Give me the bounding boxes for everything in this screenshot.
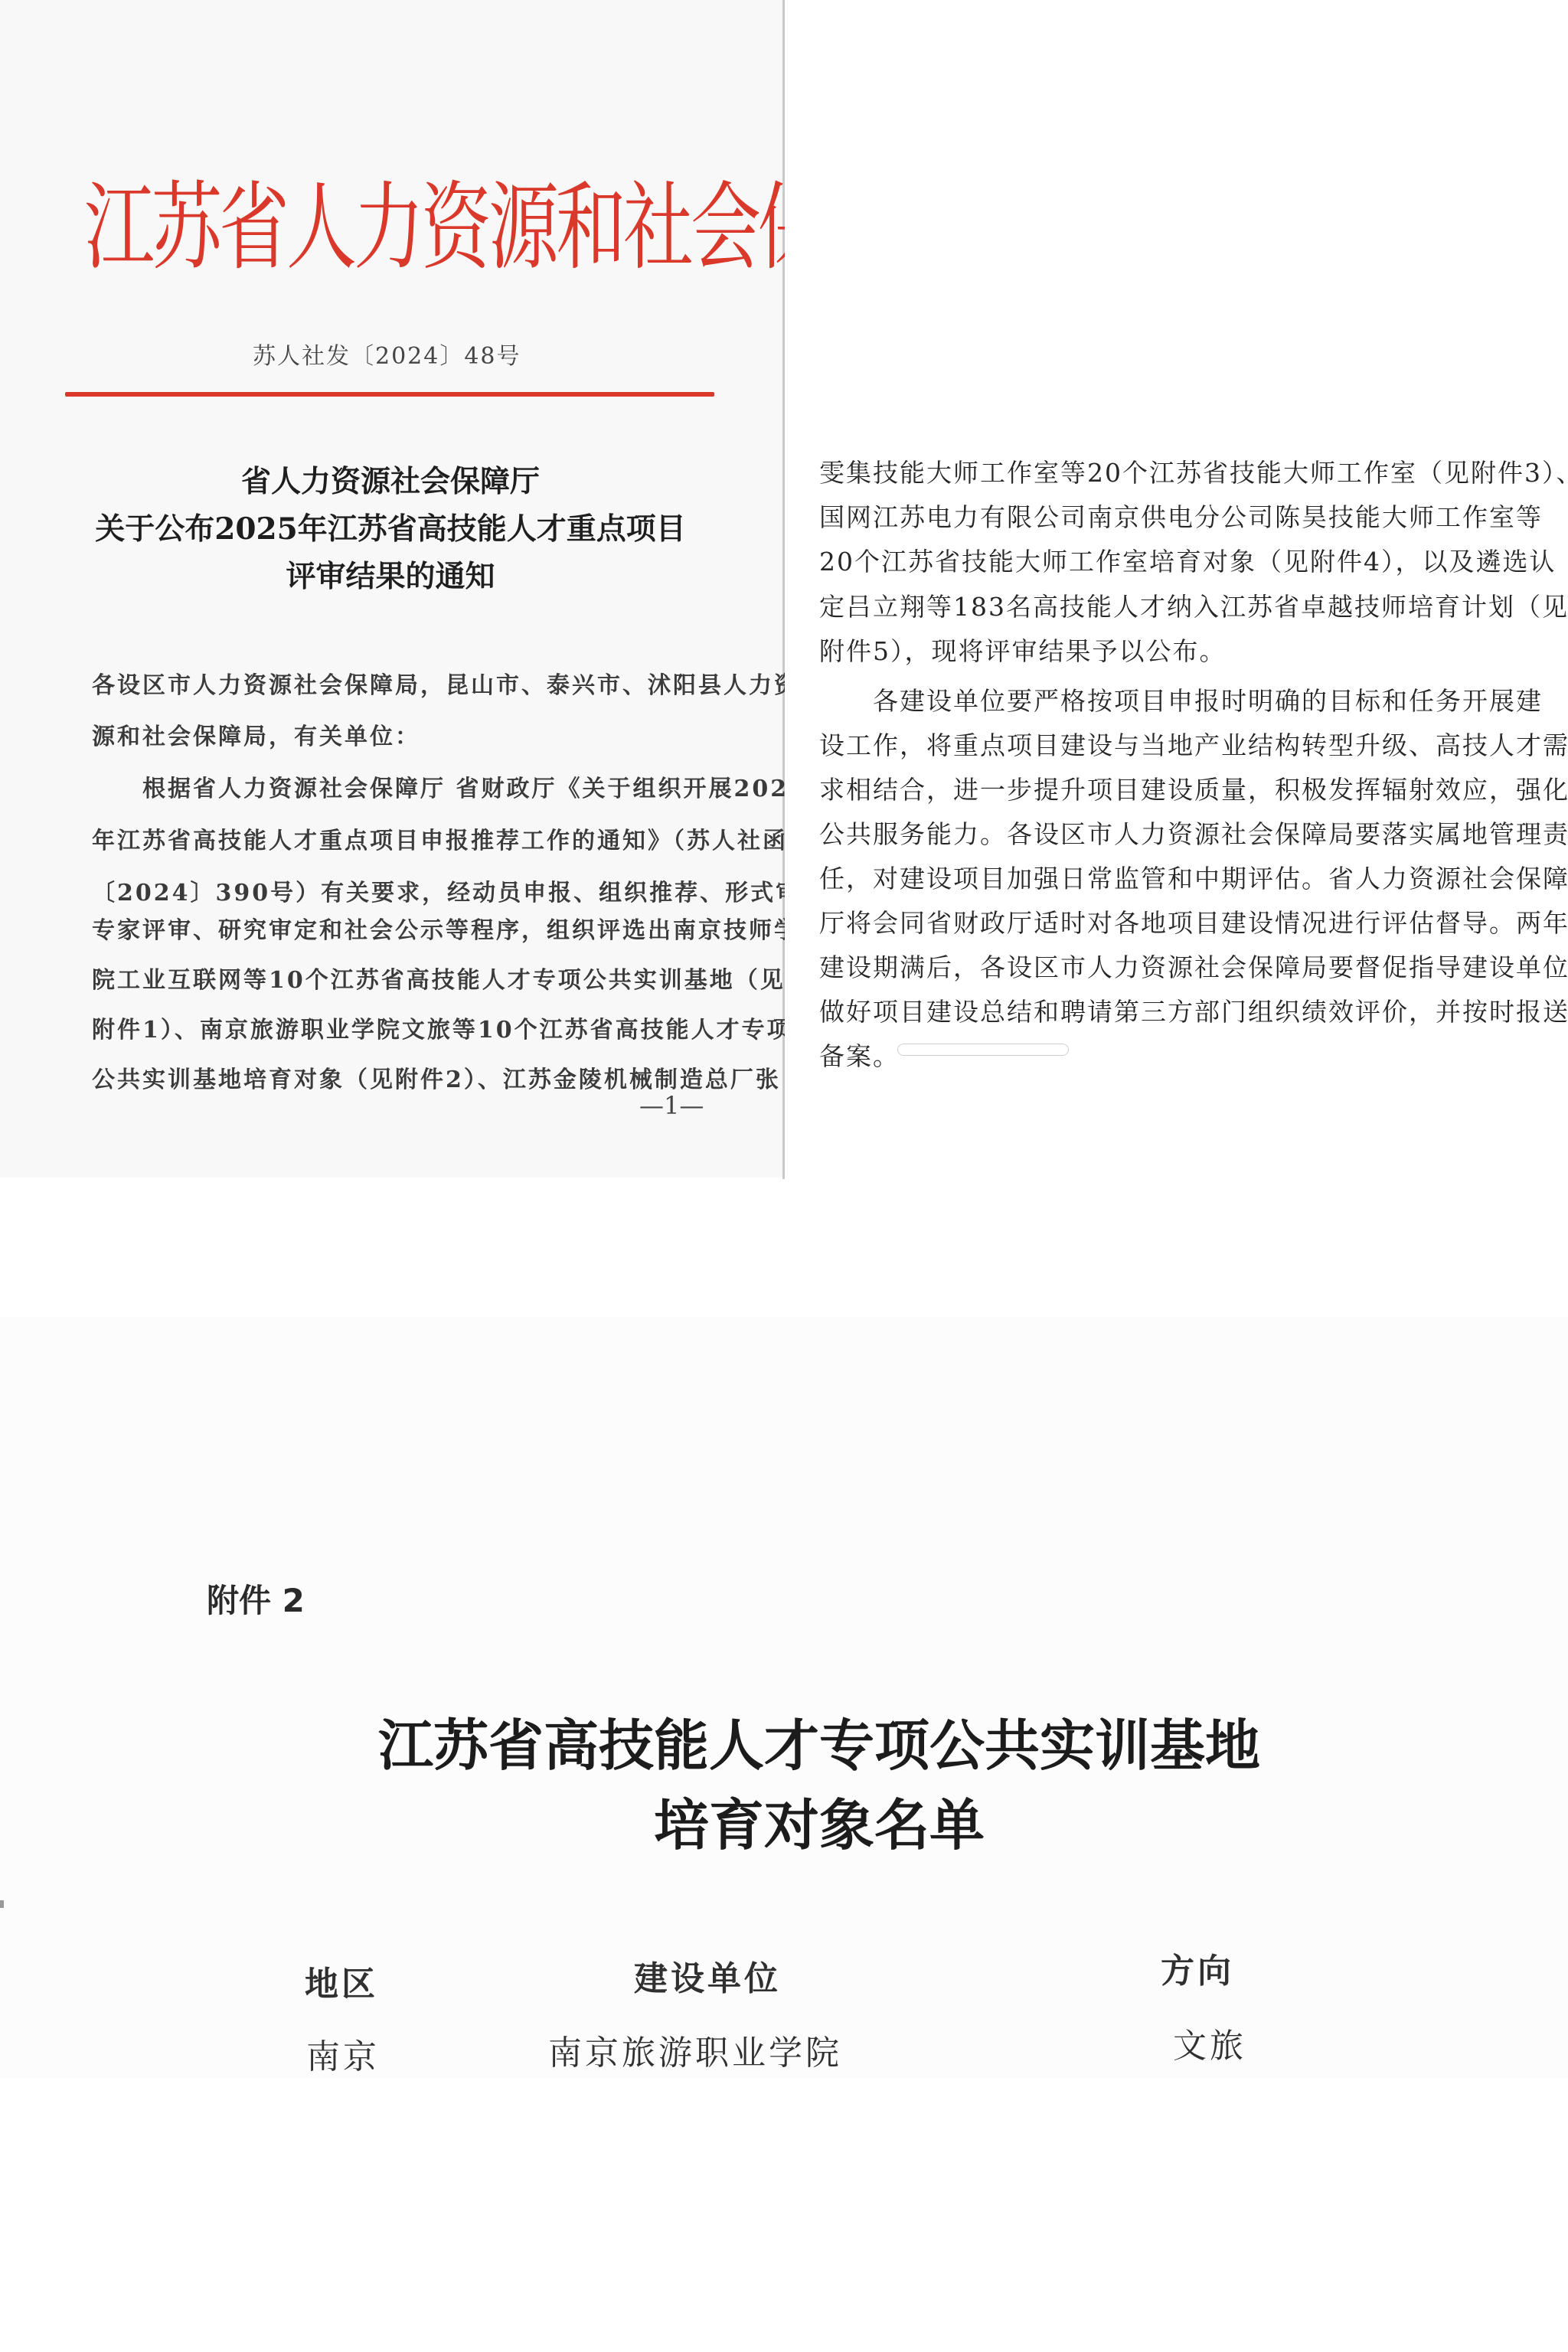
body-line: 公共服务能力。各设区市人力资源社会保障局要落实属地管理责 [819, 815, 1527, 851]
body-line: 厅将会同省财政厅适时对各地项目建设情况进行评估督导。两年 [819, 903, 1527, 939]
notice-title-line-1: 省人力资源社会保障厅 [77, 458, 704, 501]
body-line: 各设区市人力资源社会保障局，昆山市、泰兴市、沭阳县人力资 [92, 666, 689, 700]
body-line: 雯集技能大师工作室等20个江苏省技能大师工作室（见附件3）、 [819, 453, 1527, 489]
body-line: 设工作，将重点项目建设与当地产业结构转型升级、高技人才需 [819, 726, 1527, 762]
body-line: 任，对建设项目加强日常监管和中期评估。省人力资源社会保障 [819, 859, 1527, 895]
attachment-title-line-2: 培育对象名单 [214, 1781, 1424, 1860]
notice-title-line-2: 关于公布2025年江苏省高技能人才重点项目 [77, 505, 704, 548]
table-header-unit: 建设单位 [634, 1951, 781, 2000]
body-line: 专家评审、研究审定和社会公示等程序，组织评选出南京技师学 [92, 911, 689, 945]
table-cell-region: 南京 [306, 2029, 380, 2078]
body-line: 公共实训基地培育对象（见附件2）、江苏金陵机械制造总厂张 [92, 1060, 689, 1094]
body-line: 根据省人力资源社会保障厅 省财政厅《关于组织开展2025 [92, 769, 689, 803]
attachment-page [0, 1317, 1568, 2079]
table-cell-direction: 文旅 [1173, 2018, 1246, 2067]
scroll-indicator[interactable] [897, 1044, 1069, 1056]
notice-title-line-3: 评审结果的通知 [77, 553, 704, 596]
body-line: 定吕立翔等183名高技能人才纳入江苏省卓越技师培育计划（见 [819, 587, 1527, 623]
page-number: —1— [639, 1091, 704, 1120]
body-line: 国网江苏电力有限公司南京供电分公司陈昊技能大师工作室等 [819, 498, 1527, 534]
body-line: 源和社会保障局，有关单位： [92, 717, 689, 751]
body-line: 做好项目建设总结和聘请第三方部门组织绩效评价，并按时报送 [819, 992, 1527, 1028]
body-line: 附件5），现将评审结果予以公布。 [819, 632, 1527, 668]
table-header-region: 地区 [305, 1956, 378, 2005]
body-line: 附件1）、南京旅游职业学院文旅等10个江苏省高技能人才专项 [92, 1011, 689, 1044]
edge-mark [0, 1900, 4, 1908]
table-header-direction: 方向 [1161, 1943, 1234, 1992]
body-line: 各建设单位要严格按项目申报时明确的目标和任务开展建 [819, 681, 1527, 717]
document-red-header: 江苏省人力资源和社会保障厅文件 [84, 156, 697, 301]
body-line: 建设期满后，各设区市人力资源社会保障局要督促指导建设单位 [819, 948, 1527, 984]
body-line: 求相结合，进一步提升项目建设质量，积极发挥辐射效应，强化 [819, 770, 1527, 806]
red-separator-rule [65, 392, 714, 397]
body-line: 院工业互联网等10个江苏省高技能人才专项公共实训基地（见 [92, 961, 689, 995]
attachment-title-line-1: 江苏省高技能人才专项公共实训基地 [214, 1701, 1424, 1781]
body-line: 20个江苏省技能大师工作室培育对象（见附件4），以及遴选认 [819, 542, 1527, 578]
body-line: 年江苏省高技能人才重点项目申报推荐工作的通知》（苏人社函 [92, 822, 689, 855]
attachment-label: 附件 2 [207, 1576, 305, 1622]
body-line: 〔2024〕390号）有关要求，经动员申报、组织推荐、形式审查、 [92, 874, 689, 907]
table-cell-unit: 南京旅游职业学院 [548, 2025, 842, 2074]
document-number: 苏人社发〔2024〕48号 [253, 337, 513, 371]
